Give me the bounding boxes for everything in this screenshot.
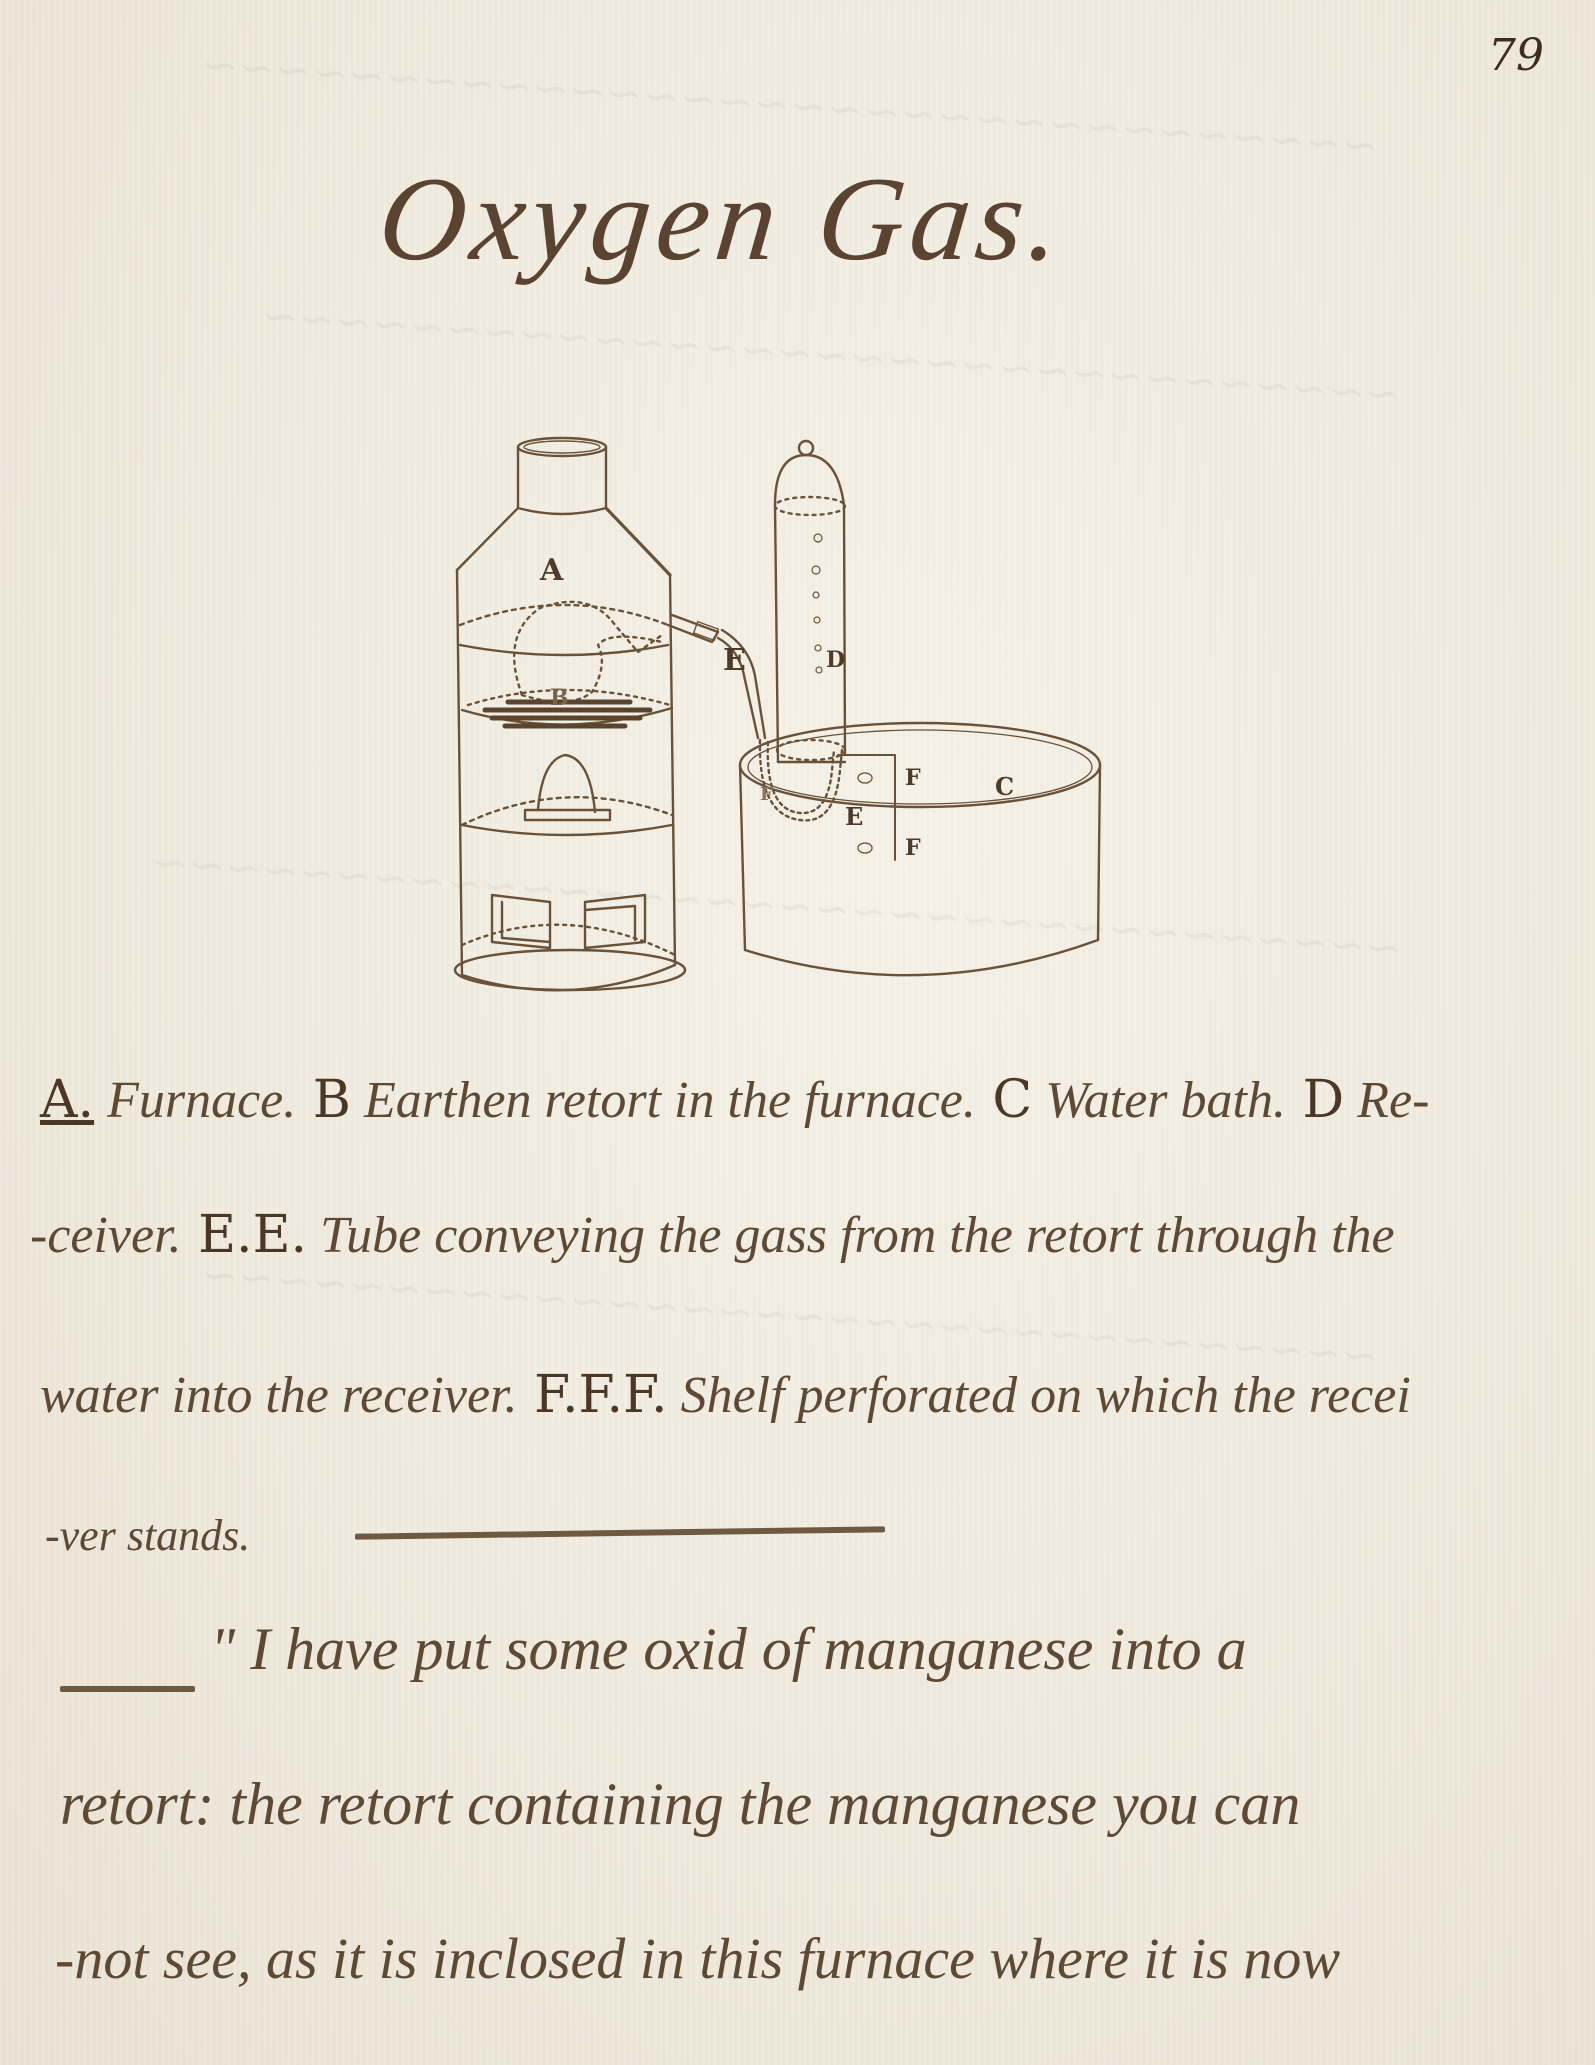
caption-text-c: Water bath. [1032,1072,1286,1129]
caption-text-d: Re- [1344,1072,1429,1129]
paragraph-dash [60,1686,195,1692]
label-a: A [539,553,564,588]
caption-line-4: -ver stands. [45,1510,250,1561]
manuscript-page: ~~~~~~~~~~~~~~~~~~~~~~~~~~~~~~~~ ~~~~~~~… [0,0,1595,2065]
label-f-top: F [905,765,921,791]
furnace-a [455,438,765,990]
caption-text-water: water into the receiver. [40,1367,518,1424]
caption-key-e: E.E. [182,1205,308,1265]
apparatus-diagram: A B E D F E F F C [440,420,1140,1010]
label-f-bottom: F [905,835,921,861]
caption-text-a: Furnace. [94,1072,296,1129]
label-f-left: F [760,784,773,805]
page-title: Oxygen Gas. [373,150,1073,288]
section-divider-rule [355,1526,885,1539]
caption-line-2: -ceiver. E.E. Tube conveying the gass fr… [30,1205,1395,1265]
bleed-through-text: ~~~~~~~~~~~~~~~~~~~~~~~~~~~~~~~ [260,290,1404,421]
body-line-1: " I have put some oxid of manganese into… [210,1615,1247,1684]
caption-prefix: -ceiver. [30,1207,182,1264]
caption-key-c: C [976,1070,1032,1130]
caption-key-d: D [1286,1070,1344,1130]
caption-text-b: Earthen retort in the furnace. [351,1072,976,1129]
label-b: B [550,685,569,711]
bleed-through-text: ~~~~~~~~~~~~~~~~~~~~~~~~~~~~~~~~ [200,1249,1380,1382]
caption-text-e: Tube conveying the gass from the retort … [307,1207,1395,1264]
body-line-3: -not see, as it is inclosed in this furn… [55,1925,1340,1992]
caption-line-3: water into the receiver. F.F.F. Shelf pe… [40,1365,1411,1425]
caption-key-a: A. [40,1070,94,1130]
caption-key-b: B [296,1070,351,1130]
label-d: D [826,647,845,673]
caption-text-f: Shelf perforated on which the recei [668,1367,1411,1424]
label-c: C [995,772,1014,801]
page-number: 79 [1488,30,1544,81]
body-line-2: retort: the retort containing the mangan… [60,1770,1300,1839]
label-e-bath: E [845,802,863,831]
label-e-tube: E [723,643,746,678]
caption-key-f: F.F.F. [518,1365,668,1425]
receiver-d [775,441,845,762]
caption-line-1: A. Furnace. B Earthen retort in the furn… [40,1070,1429,1130]
